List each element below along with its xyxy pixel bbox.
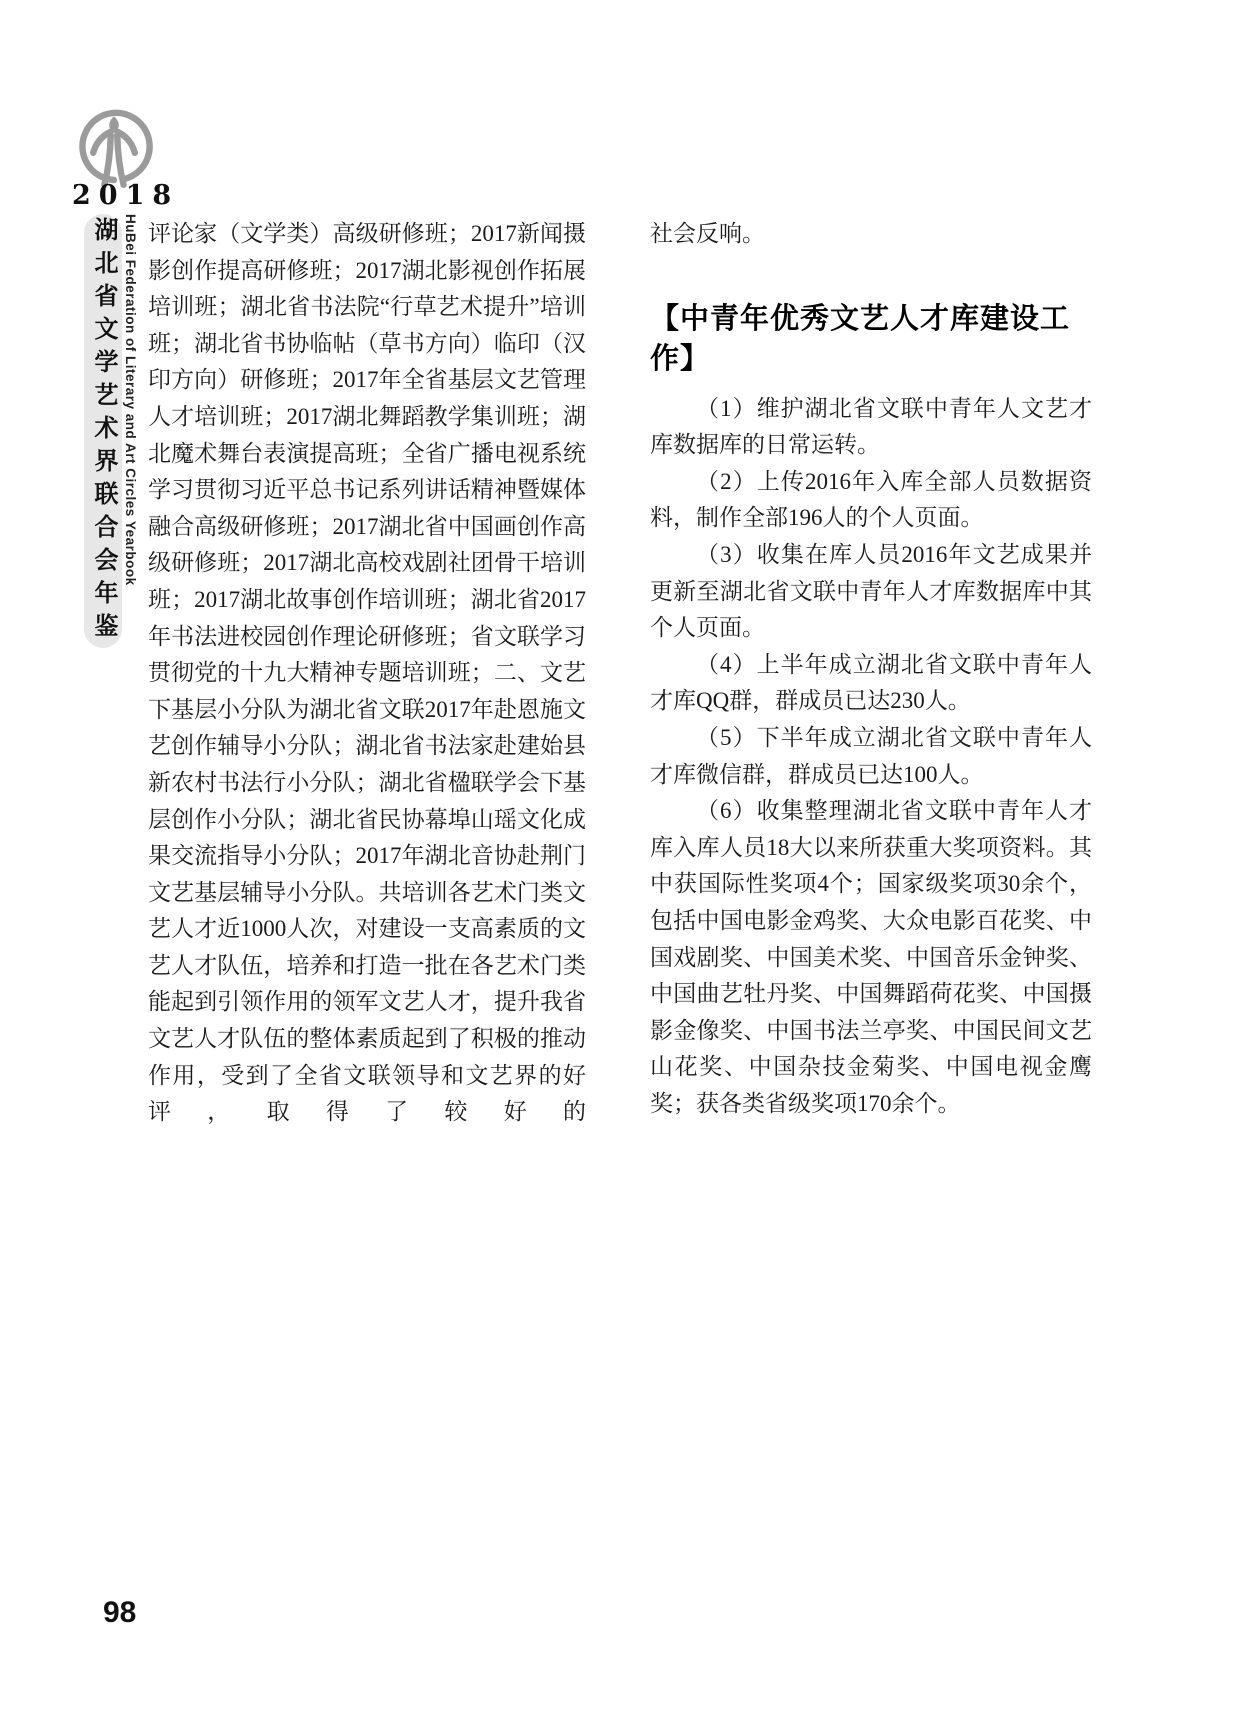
yearbook-page: 2018 湖北省文学艺术界联合会年鉴 HuBei Federation of L… bbox=[0, 0, 1258, 1719]
left-column: 评论家（文学类）高级研修班；2017新闻摄影创作提高研修班；2017湖北影视创作… bbox=[148, 216, 586, 1131]
paragraph-4: （4）上半年成立湖北省文联中青年人才库QQ群，群成员已达230人。 bbox=[650, 647, 1092, 720]
paragraph-5: （5）下半年成立湖北省文联中青年人才库微信群，群成员已达100人。 bbox=[650, 720, 1092, 793]
yearbook-year: 2018 bbox=[72, 180, 179, 211]
paragraph-1: （1）维护湖北省文联中青年人文艺才库数据库的日常运转。 bbox=[650, 391, 1092, 464]
sidebar-english-title: HuBei Federation of Literary and Art Cir… bbox=[123, 214, 138, 654]
sidebar-vertical-title-pill: 湖北省文学艺术界联合会年鉴 bbox=[84, 214, 122, 648]
right-column: 社会反响。 【中青年优秀文艺人才库建设工作】 （1）维护湖北省文联中青年人文艺才… bbox=[650, 216, 1092, 1122]
continuation-text: 社会反响。 bbox=[650, 216, 1092, 253]
paragraph-2: （2）上传2016年入库全部人员数据资料，制作全部196人的个人页面。 bbox=[650, 464, 1092, 537]
paragraph-3: （3）收集在库人员2016年文艺成果并更新至湖北省文联中青年人才库数据库中其个人… bbox=[650, 537, 1092, 647]
section-heading: 【中青年优秀文艺人才库建设工作】 bbox=[650, 299, 1092, 379]
sidebar-vertical-title: 湖北省文学艺术界联合会年鉴 bbox=[84, 217, 122, 646]
paragraph-6: （6）收集整理湖北省文联中青年人才库入库人员18大以来所获重大奖项资料。其中获国… bbox=[650, 793, 1092, 1122]
left-column-text: 评论家（文学类）高级研修班；2017新闻摄影创作提高研修班；2017湖北影视创作… bbox=[148, 216, 586, 1131]
page-number: 98 bbox=[103, 1596, 136, 1630]
